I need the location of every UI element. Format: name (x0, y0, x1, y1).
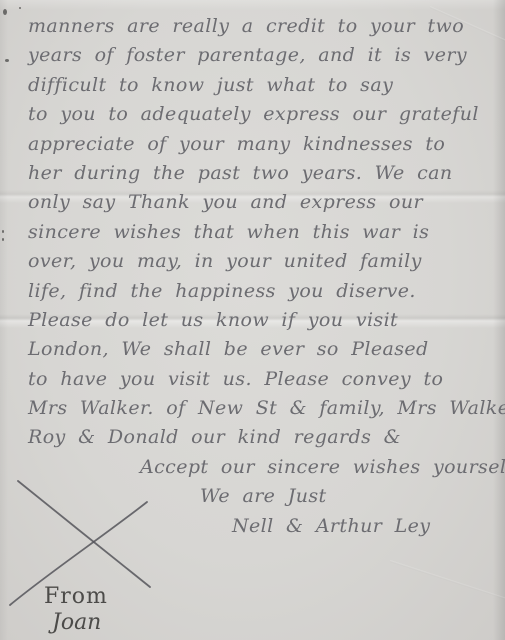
paper-speck (2, 238, 4, 241)
letter-line: to have you visit us. Please convey to (28, 365, 490, 394)
letter-line: her during the past two years. We can (28, 159, 490, 188)
letter-line: Mrs Walker. of New St & family, Mrs Walk… (28, 394, 490, 423)
letter-line: years of foster parentage, and it is ver… (28, 41, 490, 70)
paper-speck (3, 9, 7, 15)
crease-line (390, 560, 505, 602)
letter-page: manners are really a credit to your two … (0, 0, 505, 640)
letter-line: sincere wishes that when this war is (28, 218, 490, 247)
letter-line: appreciate of your many kindnesses to (28, 130, 490, 159)
paper-speck (5, 59, 9, 62)
letter-line: London, We shall be ever so Pleased (28, 335, 490, 364)
letter-line: Please do let us know if you visit (28, 306, 490, 335)
from-name: Joan (44, 610, 108, 636)
letter-line: to you to adequately express our gratefu… (28, 100, 490, 129)
letter-body: manners are really a credit to your two … (28, 12, 490, 541)
from-annotation: From Joan (44, 584, 108, 636)
letter-line: Roy & Donald our kind regards & (28, 423, 490, 452)
letter-line: life, find the happiness you diserve. (28, 277, 490, 306)
from-label: From (44, 584, 108, 610)
letter-line: manners are really a credit to your two (28, 12, 490, 41)
paper-speck (19, 7, 21, 9)
paper-speck (2, 230, 4, 233)
letter-line: only say Thank you and express our (28, 188, 490, 217)
letter-line: over, you may, in your united family (28, 247, 490, 276)
letter-line: difficult to know just what to say (28, 71, 490, 100)
